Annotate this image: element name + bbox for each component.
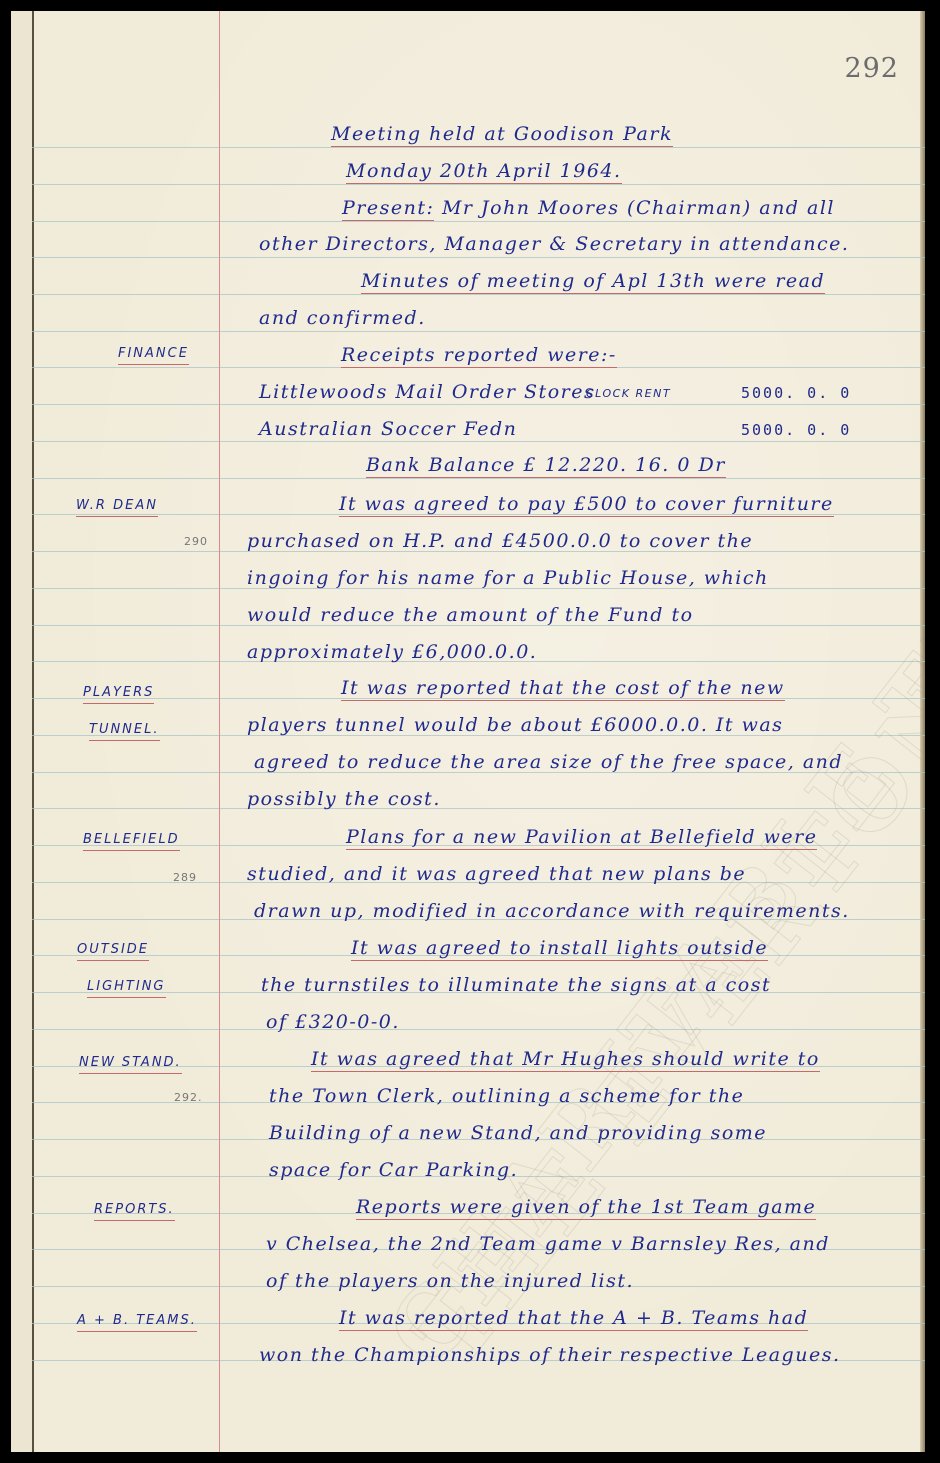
- reports-line: v Chelsea, the 2nd Team game v Barnsley …: [266, 1233, 830, 1255]
- section-label-outside-lighting: OUTSIDE: [77, 942, 149, 961]
- minute-ref: 292.: [174, 1091, 203, 1104]
- page-edge: [920, 11, 925, 1452]
- ruled-line: [32, 221, 925, 222]
- section-label-reports: REPORTS.: [94, 1202, 175, 1221]
- ruled-line: [32, 441, 925, 442]
- players-tunnel-line: agreed to reduce the area size of the fr…: [254, 751, 843, 773]
- present-text-cont: other Directors, Manager & Secretary in …: [259, 233, 849, 255]
- ledger-page: THE EVERTON COLLECTION CHARITABLE TRUST …: [11, 11, 925, 1452]
- ruled-line: [32, 294, 925, 295]
- meeting-date: Monday 20th April 1964.: [346, 160, 622, 184]
- ruled-line: [32, 478, 925, 479]
- new-stand-line: the Town Clerk, outlining a scheme for t…: [269, 1085, 744, 1107]
- players-tunnel-line: possibly the cost.: [247, 788, 441, 810]
- section-label-players-tunnel: PLAYERS: [83, 685, 154, 704]
- minute-ref: 290: [184, 535, 208, 548]
- present-line: Present: Mr John Moores (Chairman) and a…: [342, 197, 835, 219]
- wr-dean-line: purchased on H.P. and £4500.0.0 to cover…: [247, 530, 753, 552]
- meeting-title: Meeting held at Goodison Park: [331, 123, 673, 147]
- receipt-amount: 5000. 0. 0: [741, 421, 851, 439]
- new-stand-line: space for Car Parking.: [269, 1159, 518, 1181]
- binding-gutter: [11, 11, 32, 1452]
- present-text: Mr John Moores (Chairman) and all: [442, 197, 835, 219]
- minutes-text-cont: and confirmed.: [259, 307, 426, 329]
- receipt-payer: Australian Soccer Fedn: [259, 418, 517, 440]
- bellefield-line: Plans for a new Pavilion at Bellefield w…: [346, 826, 817, 850]
- wr-dean-line: approximately £6,000.0.0.: [247, 641, 537, 663]
- players-tunnel-line: players tunnel would be about £6000.0.0.…: [247, 714, 783, 736]
- section-label-players-tunnel-2: TUNNEL.: [89, 722, 160, 741]
- reports-line: Reports were given of the 1st Team game: [356, 1196, 816, 1220]
- ab-teams-line: won the Championships of their respectiv…: [259, 1344, 841, 1366]
- bellefield-line: drawn up, modified in accordance with re…: [254, 900, 850, 922]
- margin-line: [219, 11, 220, 1452]
- watermark: THE EVERTON COLLECTION: [394, 25, 925, 1386]
- outside-lighting-line: of £320-0-0.: [266, 1011, 400, 1033]
- reports-line: of the players on the injured list.: [266, 1270, 634, 1292]
- wr-dean-line: ingoing for his name for a Public House,…: [247, 567, 769, 589]
- ruled-line: [32, 184, 925, 185]
- section-label-outside-lighting-2: LIGHTING: [87, 979, 166, 998]
- outside-lighting-line: the turnstiles to illuminate the signs a…: [261, 974, 771, 996]
- outside-lighting-line: It was agreed to install lights outside: [351, 937, 768, 961]
- minutes-text: Minutes of meeting of Apl 13th were read: [361, 270, 825, 294]
- new-stand-line: It was agreed that Mr Hughes should writ…: [311, 1048, 820, 1072]
- section-label-finance: FINANCE: [118, 346, 189, 365]
- ruled-line: [32, 404, 925, 405]
- section-label-new-stand: NEW STAND.: [79, 1055, 182, 1074]
- receipt-payer: Littlewoods Mail Order Stores: [259, 381, 595, 403]
- ruled-line: [32, 1029, 925, 1030]
- present-label: Present:: [342, 197, 434, 221]
- section-label-ab-teams: A + B. TEAMS.: [77, 1313, 197, 1332]
- bank-balance: Bank Balance £ 12.220. 16. 0 Dr: [366, 454, 726, 478]
- new-stand-line: Building of a new Stand, and providing s…: [269, 1122, 767, 1144]
- ruled-line: [32, 331, 925, 332]
- section-label-wr-dean: W.R DEAN: [76, 498, 158, 517]
- wr-dean-line: It was agreed to pay £500 to cover furni…: [339, 493, 834, 517]
- finance-intro: Receipts reported were:-: [341, 344, 617, 368]
- receipt-amount: 5000. 0. 0: [741, 384, 851, 402]
- ruled-line: [32, 808, 925, 809]
- receipt-note: CLOCK RENT: [586, 387, 671, 400]
- bellefield-line: studied, and it was agreed that new plan…: [247, 863, 746, 885]
- section-label-bellefield: BELLEFIELD: [83, 832, 180, 851]
- wr-dean-line: would reduce the amount of the Fund to: [247, 604, 694, 626]
- ruled-line: [32, 257, 925, 258]
- ab-teams-line: It was reported that the A + B. Teams ha…: [339, 1307, 808, 1331]
- minute-ref: 289: [173, 871, 197, 884]
- ruled-line: [32, 147, 925, 148]
- page-number: 292: [844, 53, 899, 84]
- players-tunnel-line: It was reported that the cost of the new: [341, 677, 785, 701]
- binding-line: [32, 11, 34, 1452]
